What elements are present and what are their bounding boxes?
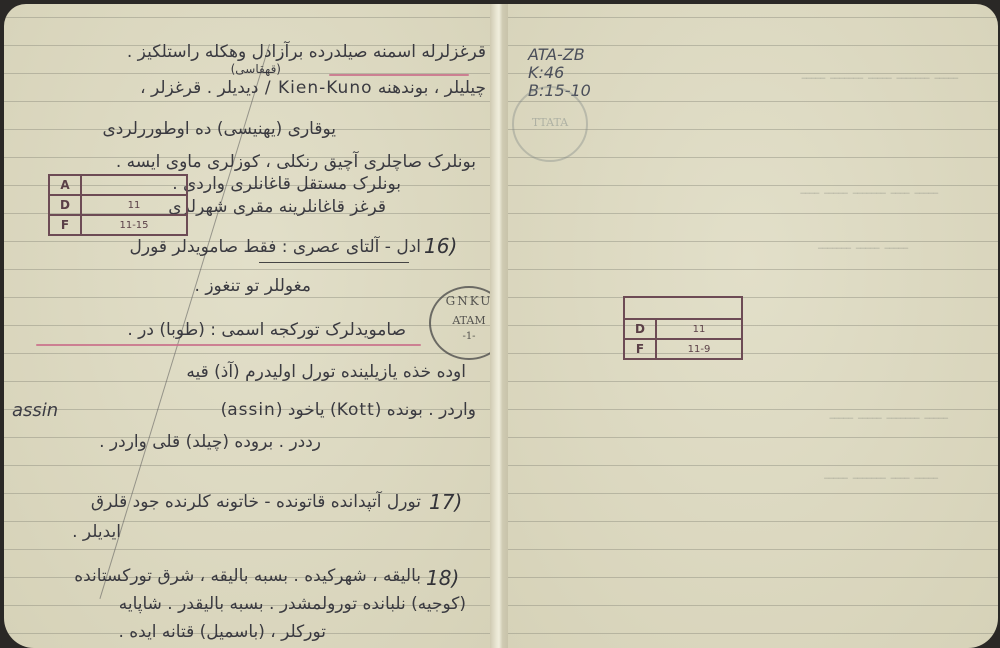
handwritten-line-1: قرغزلرله اسمنه صیلدرده برآزادل وهکله راس… [127, 42, 486, 62]
handwritten-line-7: ادل - آلتای عصری : فقط صامویدلر قورل [130, 237, 421, 257]
handwritten-line-16: (کوجیه) نلبانده تورولمشدر . بسبه بالیقدر… [119, 594, 466, 614]
item-number-17: 17) [429, 490, 462, 514]
bleed-through-text: ـــــ ـــــــ ـــــ ـــــــ ـــــ [802, 64, 958, 83]
handwritten-line-15: بالیقه ، شهرکیده . بسبه بالیقه ، شرق تور… [74, 566, 421, 586]
registry-row-f: F 11-15 [50, 214, 186, 234]
registry-row-a: A [50, 176, 186, 194]
latin-word-assin: assin [12, 400, 58, 421]
handwritten-line-12: رددر . بروده (چیلد) قلی واردر . [99, 432, 321, 452]
faint-round-stamp: TTATA [512, 86, 588, 162]
bleed-through-text: ـــــ ــــ ـــــــ ـــــ [824, 464, 938, 483]
bleed-through-text: ـــــ ـــــــ ـــــ ـــــ [830, 404, 948, 423]
registry-row-blank [625, 298, 741, 318]
red-underline-2 [36, 344, 421, 346]
handwritten-line-9: صامویدلرک تورکجه اسمی : (طوبا) در . [127, 320, 406, 340]
handwritten-annotation: (قهقاسی) [231, 62, 281, 76]
handwritten-line-8: مغوللر تو تنغوز . [195, 276, 311, 296]
round-archive-stamp: GNKU ATAM -1- [429, 286, 496, 360]
registry-box-left: A D 11 F 11-15 [48, 174, 188, 236]
notebook-spine [490, 4, 508, 648]
handwritten-line-6: قرغز قاغانلرینه مقری شهرلری [168, 197, 386, 217]
notebook-spread: قرغزلرله اسمنه صیلدرده برآزادل وهکله راس… [4, 4, 998, 648]
handwritten-line-11: واردر . بونده (Kott) یاخود (assin) [221, 400, 476, 420]
registry-row-d: D 11 [625, 318, 741, 338]
handwritten-line-10: اوده خذه یازیلینده تورل اولیدرم (آذ) قیه [186, 362, 466, 382]
handwritten-line-14: ایدیلر . [72, 522, 121, 542]
handwritten-line-2: چیلیلر ، بوندهنه Kien-Kuno / دیدیلر . قر… [140, 78, 486, 98]
bleed-through-text: ـــــ ـــــ ـــــــ [818, 234, 908, 253]
handwritten-line-3: یوقاری (یهنیسی) ده اوطوررلردی [102, 119, 336, 139]
registry-row-f: F 11-9 [625, 338, 741, 358]
registry-box-right: D 11 F 11-9 [623, 296, 743, 360]
bleed-through-text: ـــــ ــــ ـــــــ ـــــ ــــ [800, 179, 938, 198]
handwritten-line-5: بونلرک مستقل قاغانلری واردی . [172, 174, 401, 194]
item-number-16: 16) [424, 234, 457, 258]
handwritten-line-13: تورل آتپدانده قاتونده - خاتونه کلرنده جو… [91, 492, 421, 512]
red-underline-1 [329, 74, 469, 76]
item-number-18: 18) [426, 566, 459, 590]
handwritten-line-17: تورکلر ، (باسمیل) قتانه ایده . [118, 622, 326, 642]
handwritten-line-4: بونلرک صاچلری آچیق رنکلی ، کوزلری ماوی ا… [116, 152, 476, 172]
left-page: قرغزلرله اسمنه صیلدرده برآزادل وهکله راس… [4, 4, 496, 648]
ink-underline [259, 262, 409, 263]
registry-row-d: D 11 [50, 194, 186, 214]
right-page: ATA-ZB K:46 B:15-10 TTATA ـــــ ـــــــ … [498, 4, 998, 648]
